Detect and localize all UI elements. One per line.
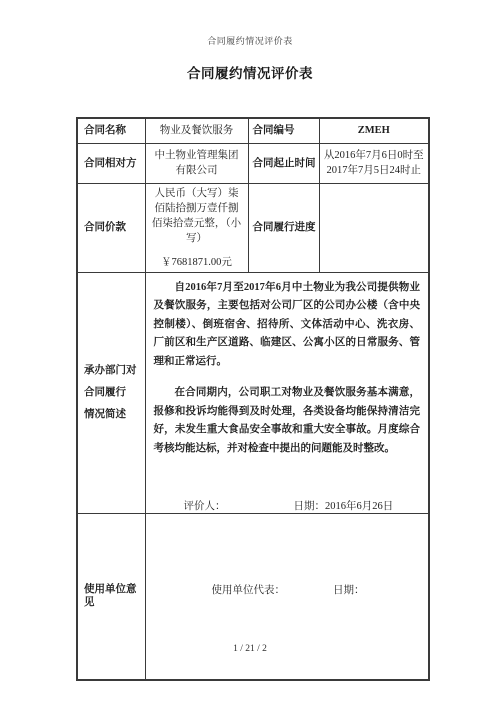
page-number: 1 / 21 / 2: [0, 644, 500, 654]
page-header-text: 合同履约情况评价表: [0, 34, 500, 47]
user-unit-date-label: 日期：: [333, 582, 365, 597]
user-unit-opinion-content: 使用单位代表： 日期：: [145, 514, 429, 680]
evaluation-table: 合同名称 物业及餐饮服务 合同编号 ZMEH 合同相对方 中土物业管理集团有限公…: [76, 117, 430, 681]
contract-party-label: 合同相对方: [77, 143, 145, 183]
contract-progress-value: [319, 183, 429, 272]
contract-price-value: 人民币（大写）柒佰陆拾捌万壹仟捌佰柒拾壹元整，（小写） ￥7681871.00元: [145, 183, 248, 272]
table-row: 使用单位意见 使用单位代表： 日期：: [77, 514, 429, 680]
dept-summary-label-line1: 承办部门对: [84, 360, 142, 382]
dept-summary-content: 自2016年7月至2017年6月中土物业为我公司提供物业及餐饮服务，主要包括对公…: [145, 272, 429, 514]
contract-period-label: 合同起止时间: [248, 143, 319, 183]
contract-progress-label: 合同履行进度: [248, 183, 319, 272]
contract-period-value: 从2016年7月6日0时至 2017年7月5日24时止: [319, 143, 429, 183]
contract-name-label: 合同名称: [77, 118, 145, 143]
contract-number-value: ZMEH: [319, 118, 429, 143]
summary-paragraph-2: 在合同期内，公司职工对物业及餐饮服务基本满意，报修和投诉均能得到及时处理，各类设…: [154, 384, 421, 458]
table-row: 合同价款 人民币（大写）柒佰陆拾捌万壹仟捌佰柒拾壹元整，（小写） ￥768187…: [77, 183, 429, 272]
contract-price-figures: ￥7681871.00元: [150, 255, 244, 270]
contract-name-value: 物业及餐饮服务: [145, 118, 248, 143]
contract-party-value: 中土物业管理集团有限公司: [145, 143, 248, 183]
dept-summary-label-line2: 合同履行: [84, 382, 142, 404]
contract-period-line1: 从2016年7月6日0时至: [324, 148, 425, 163]
evaluation-date: 日期：2016年6月26日: [294, 498, 394, 513]
user-unit-opinion-label: 使用单位意见: [77, 514, 145, 680]
evaluator-label: 评价人：: [184, 498, 226, 513]
summary-paragraph-1: 自2016年7月至2017年6月中土物业为我公司提供物业及餐饮服务，主要包括对公…: [154, 279, 421, 372]
table-row: 合同名称 物业及餐饮服务 合同编号 ZMEH: [77, 118, 429, 143]
user-unit-rep-label: 使用单位代表：: [212, 582, 286, 597]
contract-price-label: 合同价款: [77, 183, 145, 272]
contract-price-words: 人民币（大写）柒佰陆拾捌万壹仟捌佰柒拾壹元整，（小写）: [150, 186, 244, 246]
evaluator-sign-line: 评价人： 日期：2016年6月26日: [154, 498, 421, 513]
contract-number-label: 合同编号: [248, 118, 319, 143]
table-row: 合同相对方 中土物业管理集团有限公司 合同起止时间 从2016年7月6日0时至 …: [77, 143, 429, 183]
dept-summary-label-line3: 情况简述: [84, 404, 142, 426]
dept-summary-label: 承办部门对 合同履行 情况简述: [77, 272, 145, 514]
user-unit-sign-line: 使用单位代表： 日期：: [154, 582, 421, 597]
page-title: 合同履约情况评价表: [0, 62, 500, 82]
contract-period-line2: 2017年7月5日24时止: [324, 163, 425, 178]
table-row: 承办部门对 合同履行 情况简述 自2016年7月至2017年6月中土物业为我公司…: [77, 272, 429, 514]
